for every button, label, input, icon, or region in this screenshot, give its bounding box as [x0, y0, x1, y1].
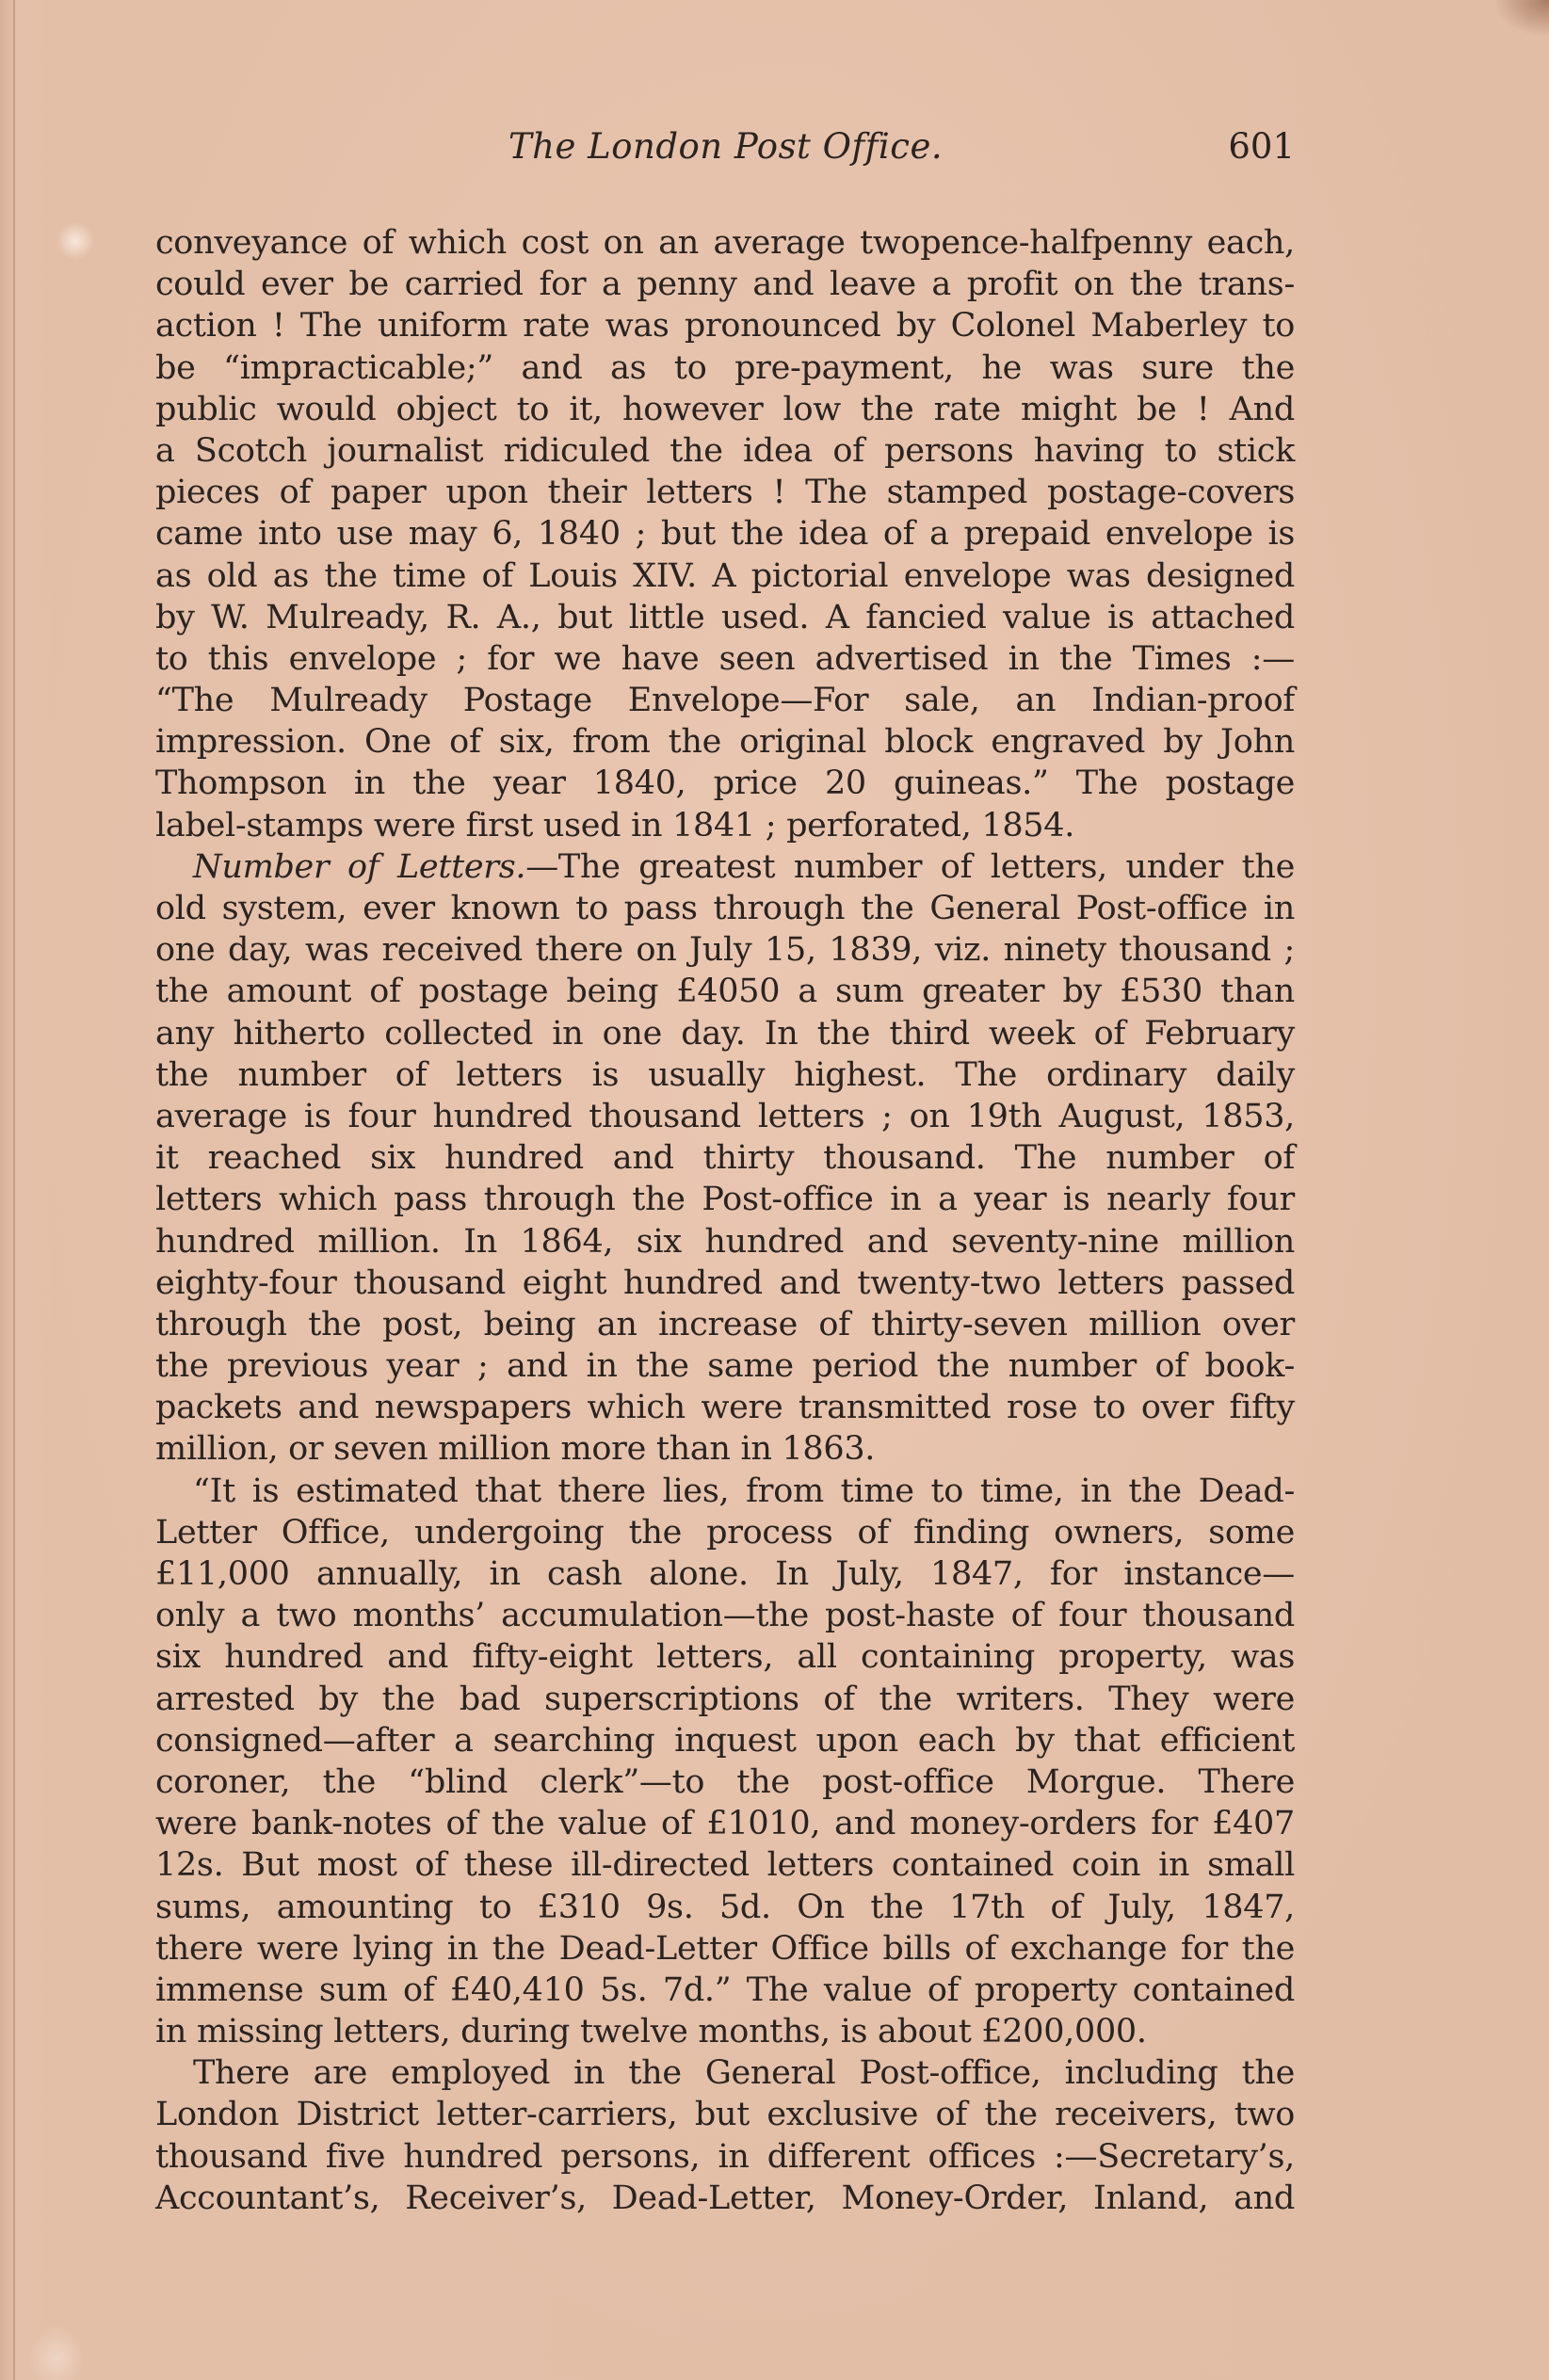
text-line: label-stamps were first used in 1841 ; p… — [155, 805, 1295, 846]
body-text: conveyance of which cost on an average t… — [155, 222, 1295, 2219]
corner-stain — [1493, 0, 1549, 38]
text-line: “The Mulready Postage Envelope—For sale,… — [155, 680, 1295, 721]
text-line: the number of letters is usually highest… — [155, 1054, 1295, 1096]
text-line: could ever be carried for a penny and le… — [155, 264, 1295, 305]
scanned-book-page: The London Post Office. 601 conveyance o… — [0, 0, 1549, 2380]
text-line: only a two months’ accumulation—the post… — [155, 1595, 1295, 1636]
text-line: by W. Mulready, R. A., but little used. … — [155, 597, 1295, 638]
text-line: in missing letters, during twelve months… — [155, 2011, 1295, 2052]
text-line: £11,000 annually, in cash alone. In July… — [155, 1553, 1295, 1595]
text-line: packets and newspapers which were transm… — [155, 1387, 1295, 1428]
text-line: Thompson in the year 1840, price 20 guin… — [155, 763, 1295, 804]
page-number: 601 — [1228, 126, 1295, 167]
text-line: Accountant’s, Receiver’s, Dead-Letter, M… — [155, 2178, 1295, 2219]
text-line: old system, ever known to pass through t… — [155, 888, 1295, 929]
paper-tear-mark — [56, 222, 94, 260]
text-line: public would object to it, however low t… — [155, 389, 1295, 430]
text-line: impression. One of six, from the origina… — [155, 721, 1295, 763]
text-line: 12s. But most of these ill-directed lett… — [155, 1844, 1295, 1886]
text-line: sums, amounting to £310 9s. 5d. On the 1… — [155, 1887, 1295, 1928]
text-line: Number of Letters.—The greatest number o… — [155, 846, 1295, 888]
paragraph-dead-letter-office: “It is estimated that there lies, from t… — [155, 1471, 1295, 2053]
text-line: a Scotch journalist ridiculed the idea o… — [155, 430, 1295, 472]
running-head: The London Post Office. 601 — [160, 121, 1295, 177]
paper-tear-bottom — [28, 2325, 85, 2380]
text-line: There are employed in the General Post-o… — [155, 2052, 1295, 2094]
text-line: action ! The uniform rate was pronounced… — [155, 305, 1295, 346]
text-line: six hundred and fifty-eight letters, all… — [155, 1636, 1295, 1678]
text-run: —The greatest number of letters, under t… — [525, 848, 1295, 886]
text-line: pieces of paper upon their letters ! The… — [155, 472, 1295, 513]
text-line: there were lying in the Dead-Letter Offi… — [155, 1928, 1295, 1970]
text-line: Letter Office, undergoing the process of… — [155, 1512, 1295, 1553]
text-line: were bank-notes of the value of £1010, a… — [155, 1803, 1295, 1844]
text-line: hundred million. In 1864, six hundred an… — [155, 1221, 1295, 1262]
running-title: The London Post Office. — [508, 126, 943, 167]
text-line: consigned—after a searching inquest upon… — [155, 1720, 1295, 1761]
text-line: to this envelope ; for we have seen adve… — [155, 638, 1295, 680]
text-line: as old as the time of Louis XIV. A picto… — [155, 555, 1295, 597]
text-line: be “impracticable;” and as to pre-paymen… — [155, 347, 1295, 389]
text-line: any hitherto collected in one day. In th… — [155, 1013, 1295, 1054]
paragraph-number-of-letters: Number of Letters.—The greatest number o… — [155, 846, 1295, 1471]
page-gutter-line — [13, 0, 15, 2380]
text-line: one day, was received there on July 15, … — [155, 929, 1295, 971]
text-line: the previous year ; and in the same peri… — [155, 1345, 1295, 1387]
text-line: the amount of postage being £4050 a sum … — [155, 971, 1295, 1012]
text-line: coroner, the “blind clerk”—to the post-o… — [155, 1761, 1295, 1803]
paragraph-stamps: conveyance of which cost on an average t… — [155, 222, 1295, 846]
text-line: London District letter-carriers, but exc… — [155, 2094, 1295, 2135]
text-line: “It is estimated that there lies, from t… — [155, 1471, 1295, 1512]
paragraph-employees: There are employed in the General Post-o… — [155, 2052, 1295, 2219]
text-line: million, or seven million more than in 1… — [155, 1428, 1295, 1470]
text-line: letters which pass through the Post-offi… — [155, 1179, 1295, 1220]
text-line: immense sum of £40,410 5s. 7d.” The valu… — [155, 1970, 1295, 2011]
text-line: thousand five hundred persons, in differ… — [155, 2136, 1295, 2178]
text-line: eighty-four thousand eight hundred and t… — [155, 1262, 1295, 1304]
text-line: came into use may 6, 1840 ; but the idea… — [155, 513, 1295, 555]
text-line: average is four hundred thousand letters… — [155, 1096, 1295, 1137]
text-line: conveyance of which cost on an average t… — [155, 222, 1295, 264]
text-line: arrested by the bad superscriptions of t… — [155, 1679, 1295, 1720]
text-line: through the post, being an increase of t… — [155, 1304, 1295, 1345]
text-line: it reached six hundred and thirty thousa… — [155, 1137, 1295, 1179]
section-heading: Number of Letters. — [193, 848, 525, 886]
